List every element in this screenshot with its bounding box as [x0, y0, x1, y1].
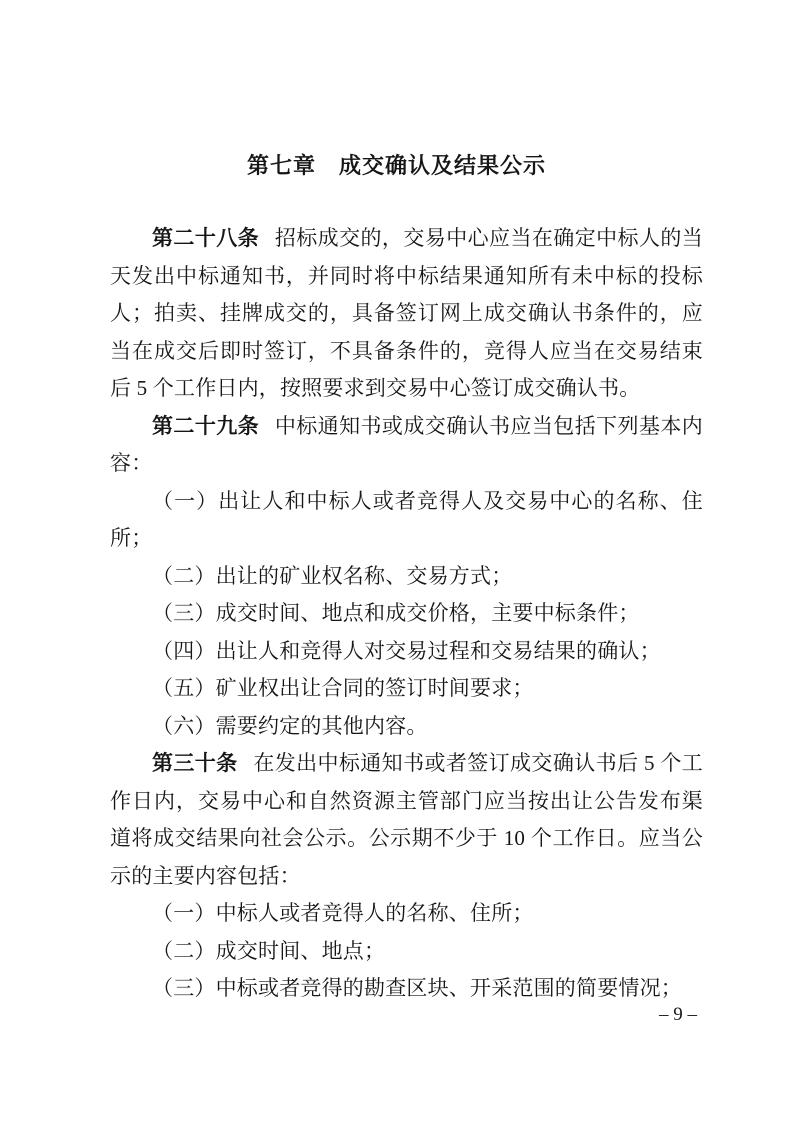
chapter-title: 第七章 成交确认及结果公示 [0, 149, 793, 183]
article-30-item-3: （三）中标或者竞得的勘查区块、开采范围的简要情况； [110, 970, 703, 1008]
document-body: 第二十八条招标成交的，交易中心应当在确定中标人的当天发出中标通知书，并同时将中标… [110, 220, 703, 1008]
article-29-item-2: （二）出让的矿业权名称、交易方式； [110, 558, 703, 596]
article-30-item-2: （二）成交时间、地点； [110, 933, 703, 971]
page-number: – 9 – [659, 1004, 697, 1026]
document-page: 第七章 成交确认及结果公示 第二十八条招标成交的，交易中心应当在确定中标人的当天… [0, 0, 793, 1122]
article-29-item-6: （六）需要约定的其他内容。 [110, 708, 703, 746]
article-29-item-1: （一）出让人和中标人或者竞得人及交易中心的名称、住所； [110, 483, 703, 558]
article-29-heading: 第二十九条 [152, 415, 259, 438]
article-28-heading: 第二十八条 [152, 227, 259, 250]
article-28-body: 招标成交的，交易中心应当在确定中标人的当天发出中标通知书，并同时将中标结果通知所… [110, 226, 703, 400]
article-29: 第二十九条中标通知书或成交确认书应当包括下列基本内容： [110, 408, 703, 483]
article-28: 第二十八条招标成交的，交易中心应当在确定中标人的当天发出中标通知书，并同时将中标… [110, 220, 703, 408]
article-29-item-3: （三）成交时间、地点和成交价格，主要中标条件； [110, 595, 703, 633]
article-29-item-4: （四）出让人和竞得人对交易过程和交易结果的确认； [110, 633, 703, 671]
article-30-heading: 第三十条 [152, 752, 238, 775]
article-30: 第三十条在发出中标通知书或者签订成交确认书后 5 个工作日内，交易中心和自然资源… [110, 745, 703, 895]
article-29-item-5: （五）矿业权出让合同的签订时间要求； [110, 670, 703, 708]
article-30-item-1: （一）中标人或者竞得人的名称、住所； [110, 895, 703, 933]
